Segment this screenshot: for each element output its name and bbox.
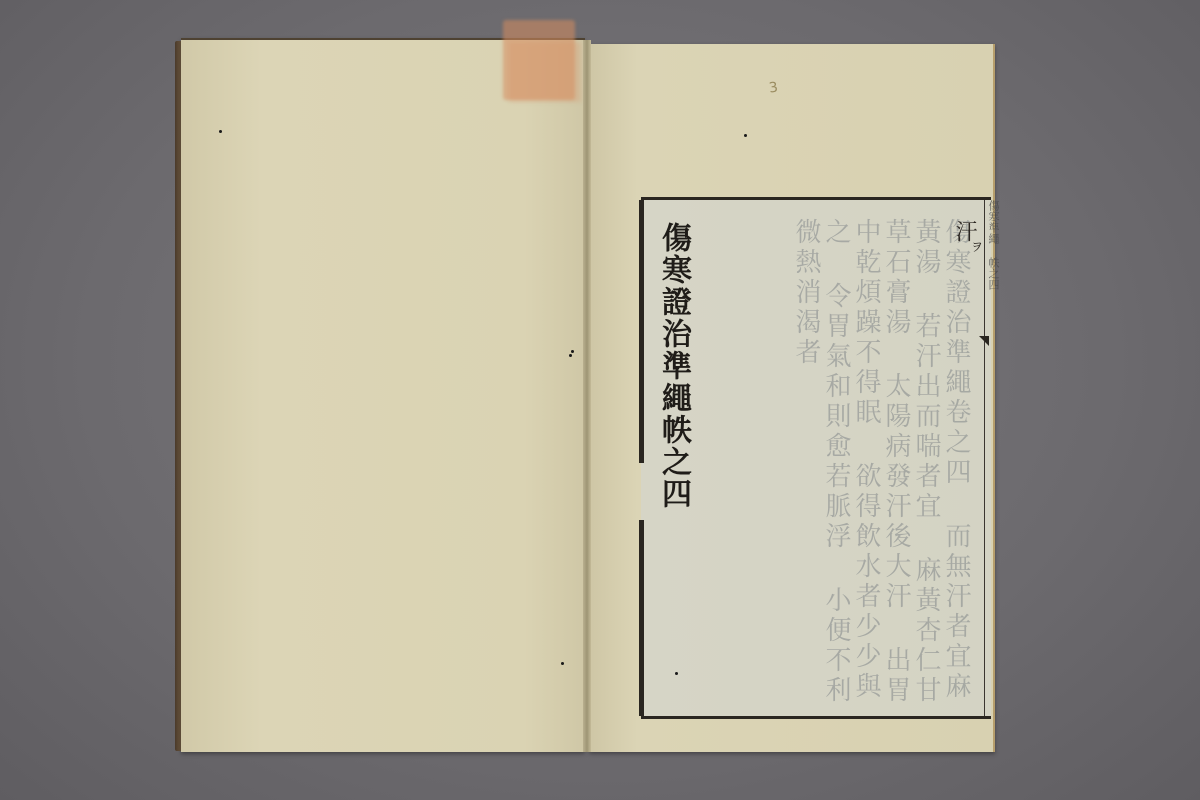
block-border-left	[639, 200, 644, 463]
ink-dot	[571, 350, 574, 353]
margin-strip-text: 傷寒準繩 帙之四	[987, 200, 1001, 716]
ink-dot	[744, 134, 747, 137]
volume-title: 傷寒證治準繩帙之四	[653, 222, 693, 510]
block-border-left	[639, 520, 644, 716]
pencil-folio-number: 3	[768, 79, 779, 96]
book-gutter	[583, 40, 591, 752]
ink-dot	[569, 354, 572, 357]
collector-seal-stamp	[503, 20, 575, 100]
right-page: 3 傷寒證治準繩卷之四 而無汗者宜麻黃湯 若汗出而喘者宜 麻黃杏仁甘草石膏湯 太…	[589, 44, 995, 752]
ink-dot	[219, 130, 222, 133]
ink-dot	[675, 672, 678, 675]
printed-text-block: 傷寒證治準繩卷之四 而無汗者宜麻黃湯 若汗出而喘者宜 麻黃杏仁甘草石膏湯 太陽病…	[641, 197, 991, 719]
open-book: 3 傷寒證治準繩卷之四 而無汗者宜麻黃湯 若汗出而喘者宜 麻黃杏仁甘草石膏湯 太…	[175, 38, 997, 756]
marginal-kana: ヲ	[971, 238, 983, 255]
left-page	[181, 38, 585, 752]
ink-dot	[561, 662, 564, 665]
bleed-through-text: 傷寒證治準繩卷之四 而無汗者宜麻黃湯 若汗出而喘者宜 麻黃杏仁甘草石膏湯 太陽病…	[699, 218, 971, 708]
